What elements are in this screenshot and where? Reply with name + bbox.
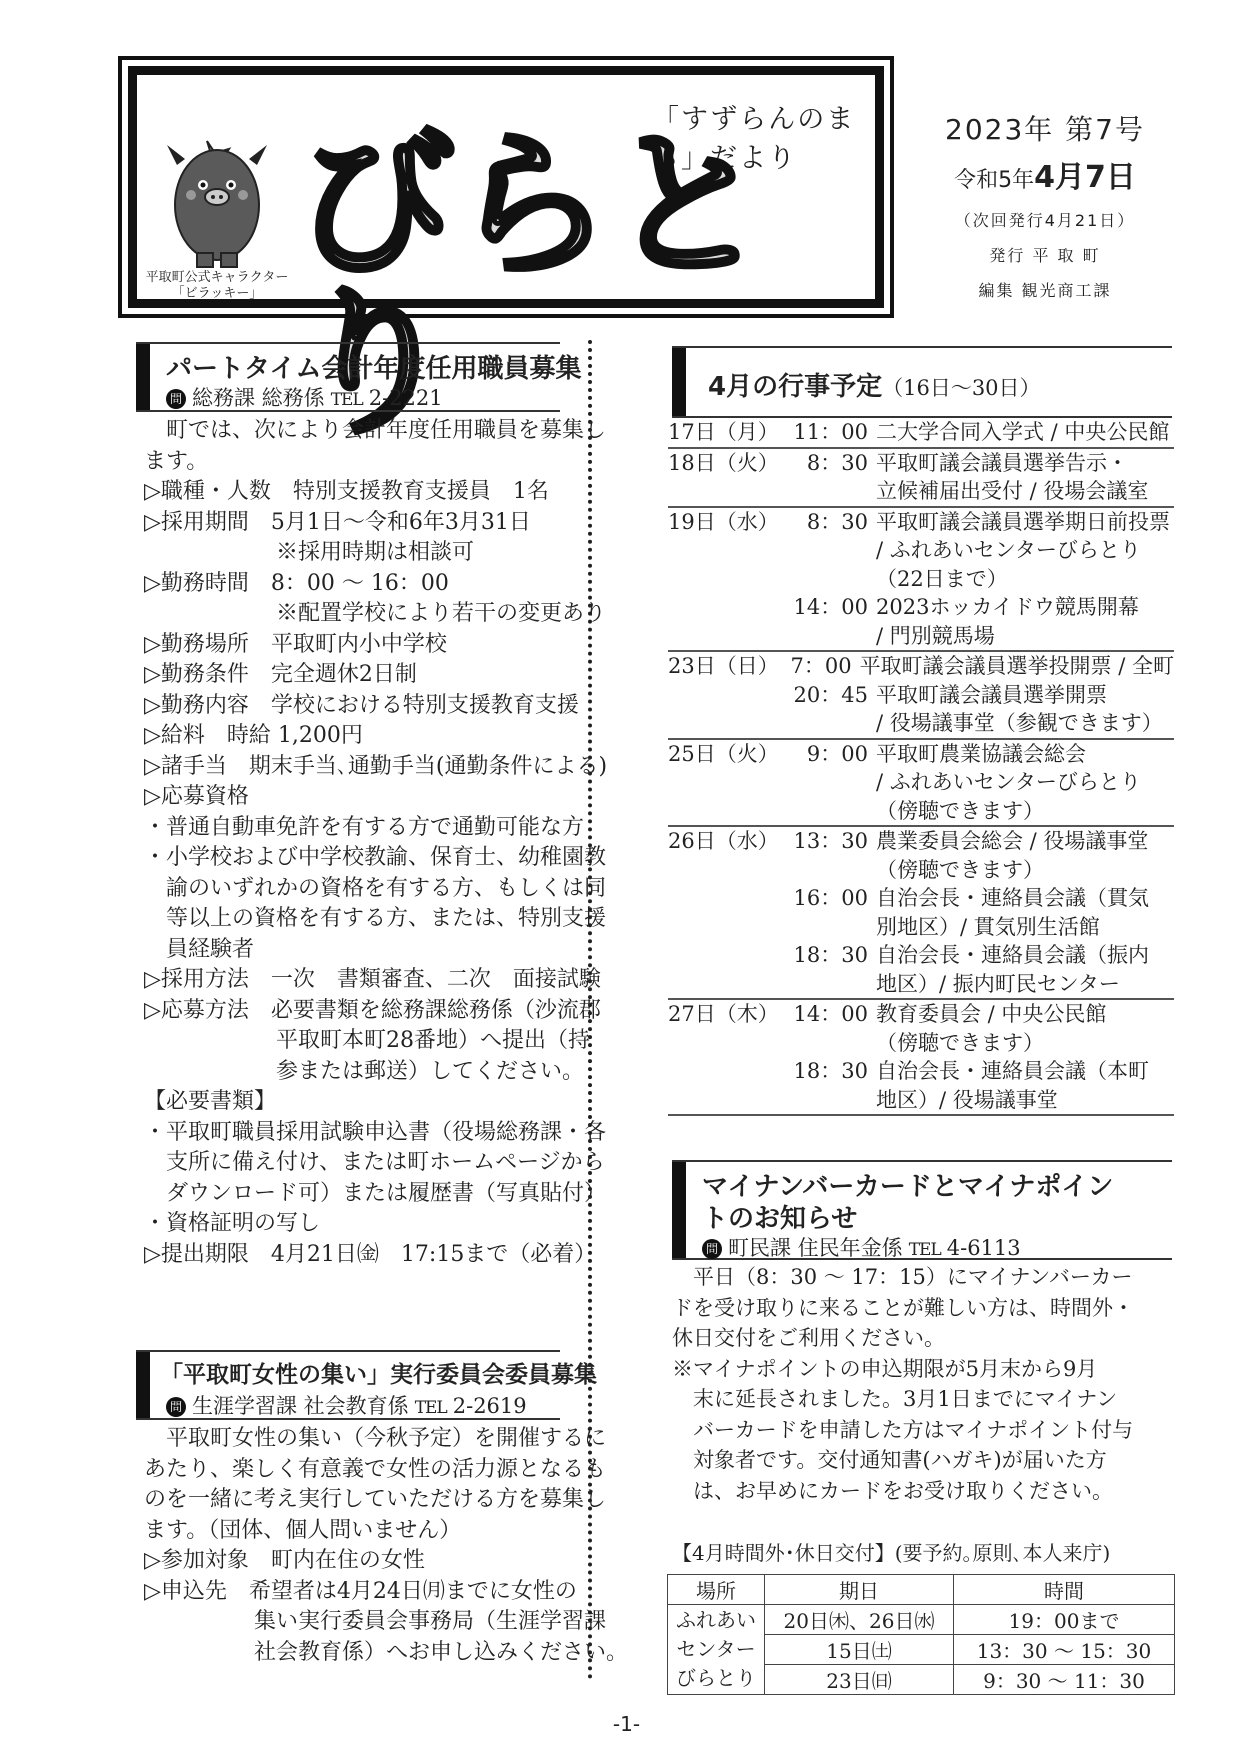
schedule-day-26: 26日（水）13：30農業委員会総会 / 役場議事堂 （傍聴できます） 16：0…: [668, 827, 1174, 1000]
article2-title: 「平取町女性の集い」実行委員会委員募集: [160, 1356, 597, 1389]
header-bar: [672, 1162, 686, 1258]
schedule-row: 14：002023ホッカイドウ競馬開幕 / 門別競馬場: [668, 593, 1174, 650]
next-issue: （次回発行4月21日）: [900, 208, 1190, 231]
article3-header: マイナンバーカードとマイナポイン トのお知らせ 問町民課 住民年金係TEL4-6…: [672, 1160, 1172, 1260]
masthead: 「すずらんのまち」だより 平取町公式キャラクター 「ビラッキー」 びらとり: [118, 56, 894, 318]
article3-body: 平日（8：30 ～ 17：15）にマイナンバーカー ドを受け取りに来ることが難し…: [672, 1262, 1134, 1506]
schedule-row: 27日（木）14：00教育委員会 / 中央公民館 （傍聴できます）: [668, 1000, 1174, 1057]
schedule-day-27: 27日（木）14：00教育委員会 / 中央公民館 （傍聴できます） 18：30自…: [668, 1000, 1174, 1116]
inquiry-icon: 問: [702, 1239, 722, 1259]
schedule-day-25: 25日（火）9：00平取町農業協議会総会 / ふれあいセンターびらとり （傍聴で…: [668, 740, 1174, 828]
schedule-header: 4月の行事予定（16日～30日）: [672, 346, 1172, 418]
header-bar: [136, 1352, 150, 1418]
schedule-row: 18：30自治会長・連絡員会議（振内 地区）/ 振内町民センター: [668, 941, 1174, 998]
article3-title-line2: トのお知らせ: [702, 1198, 857, 1235]
article1-body: 町では、次により会計年度任用職員を募集し ます。 ▷職種・人数 特別支援教育支援…: [144, 416, 607, 1270]
schedule-day-19: 19日（水）8：30平取町議会議員選挙期日前投票 / ふれあいセンターびらとり …: [668, 508, 1174, 653]
header-bar: [672, 348, 686, 416]
header-bar: [136, 344, 150, 410]
issue-date: 令和5年4月7日: [900, 152, 1190, 196]
hours-table-header: 場所 期日 時間: [668, 1575, 1175, 1605]
article1-title: パートタイム会計年度任用職員募集: [166, 348, 581, 385]
issue-number: 2023年 第7号: [900, 108, 1190, 148]
schedule-day-23: 23日（日）7：00平取町議会議員選挙投開票 / 全町 20：45平取町議会議員…: [668, 652, 1174, 740]
editor: 編集 観光商工課: [900, 278, 1190, 301]
schedule-row: 20：45平取町議会議員選挙開票 / 役場議事堂（参観できます）: [668, 681, 1174, 738]
article2-body: 平取町女性の集い（今秋予定）を開催するに あたり、楽しく有意義で女性の活力源とな…: [144, 1424, 628, 1668]
hours-table-place: ふれあい センター びらとり: [668, 1605, 765, 1695]
article1-header: パートタイム会計年度任用職員募集 問総務課 総務係TEL2-2221: [136, 342, 560, 412]
inquiry-icon: 問: [166, 1397, 186, 1417]
hours-table: 場所 期日 時間 ふれあい センター びらとり 20日㈭、26日㈬ 19：00ま…: [667, 1574, 1175, 1695]
hours-table-caption: 【4月時間外･休日交付】(要予約｡原則､本人来庁): [672, 1538, 1110, 1569]
schedule-day-18: 18日（火）8：30平取町議会議員選挙告示・ 立候補届出受付 / 役場会議室: [668, 449, 1174, 508]
article2-contact: 問生涯学習課 社会教育係TEL2-2619: [166, 1390, 527, 1420]
schedule-row: 26日（水）13：30農業委員会総会 / 役場議事堂 （傍聴できます）: [668, 827, 1174, 884]
schedule-row: 16：00自治会長・連絡員会議（貫気 別地区）/ 貫気別生活館: [668, 884, 1174, 941]
schedule-title: 4月の行事予定（16日～30日）: [708, 366, 1041, 403]
schedule-day-17: 17日（月）11：00二大学合同入学式 / 中央公民館: [668, 418, 1174, 449]
hours-table-row: ふれあい センター びらとり 20日㈭、26日㈬ 19：00まで: [668, 1605, 1175, 1635]
inquiry-icon: 問: [166, 389, 186, 409]
schedule-row: 17日（月）11：00二大学合同入学式 / 中央公民館: [668, 418, 1174, 447]
schedule-row: 25日（火）9：00平取町農業協議会総会 / ふれあいセンターびらとり （傍聴で…: [668, 740, 1174, 826]
mascot-caption: 平取町公式キャラクター 「ビラッキー」: [137, 270, 297, 302]
column-divider: [588, 340, 592, 1680]
schedule-row: 18：30自治会長・連絡員会議（本町 地区）/ 役場議事堂: [668, 1057, 1174, 1114]
article2-header: 「平取町女性の集い」実行委員会委員募集 問生涯学習課 社会教育係TEL2-261…: [136, 1350, 560, 1420]
article1-contact: 問総務課 総務係TEL2-2221: [166, 382, 443, 412]
schedule-row: 23日（日）7：00平取町議会議員選挙投開票 / 全町: [668, 652, 1174, 681]
masthead-frame: 「すずらんのまち」だより 平取町公式キャラクター 「ビラッキー」 びらとり: [128, 66, 884, 308]
article3-contact: 問町民課 住民年金係TEL4-6113: [702, 1232, 1021, 1262]
issue-info: 2023年 第7号 令和5年4月7日 （次回発行4月21日） 発行 平 取 町 …: [900, 108, 1190, 301]
publisher: 発行 平 取 町: [900, 243, 1190, 266]
schedule-row: 19日（水）8：30平取町議会議員選挙期日前投票 / ふれあいセンターびらとり …: [668, 508, 1174, 594]
schedule-list: 17日（月）11：00二大学合同入学式 / 中央公民館 18日（火）8：30平取…: [668, 418, 1174, 1116]
page-number: -1-: [0, 1712, 1253, 1736]
schedule-row: 18日（火）8：30平取町議会議員選挙告示・ 立候補届出受付 / 役場会議室: [668, 449, 1174, 506]
mascot-icon: [157, 135, 277, 270]
